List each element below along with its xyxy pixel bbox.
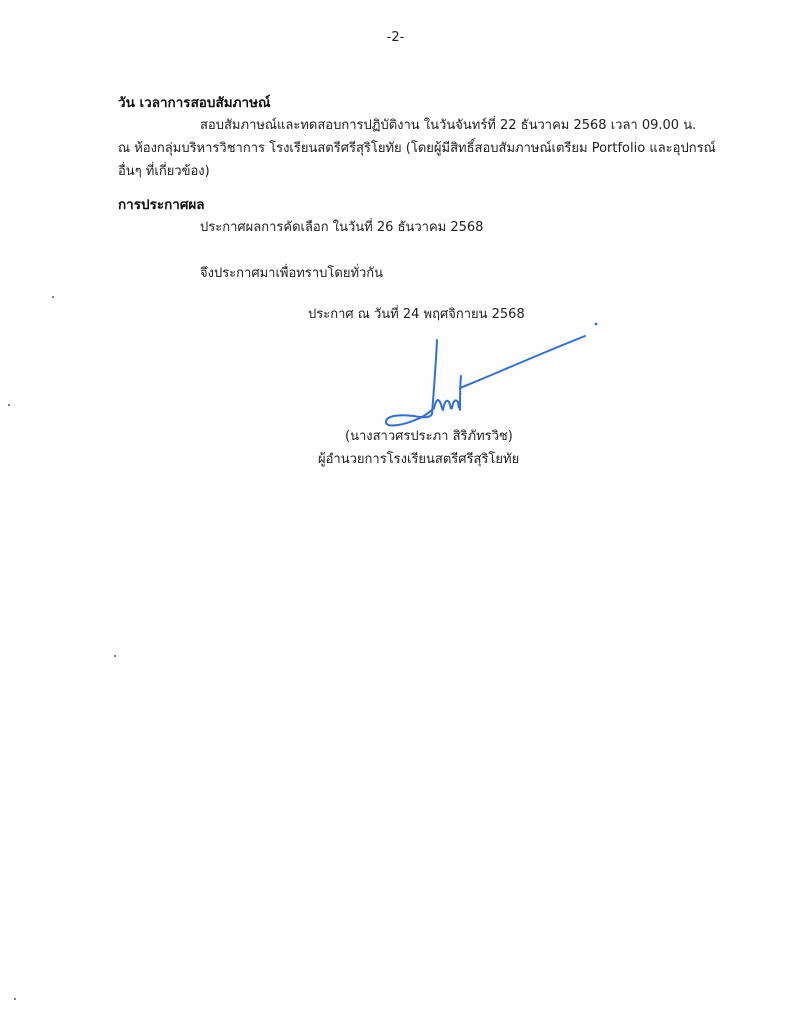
signatory-name: (นางสาวศรประภา สิริภัทรวิช) xyxy=(345,425,513,446)
results-announcement-line: ประกาศผลการคัดเลือก ในวันที่ 26 ธันวาคม … xyxy=(200,216,483,237)
closing-statement: จึงประกาศมาเพื่อทราบโดยทั่วกัน xyxy=(200,262,383,283)
interview-detail-line-2: ณ ห้องกลุ่มบริหารวิชาการ โรงเรียนสตรีศรี… xyxy=(118,137,716,158)
scan-speck xyxy=(114,655,116,657)
section-heading-results: การประกาศผล xyxy=(118,193,205,215)
scan-speck xyxy=(14,998,16,1000)
interview-detail-line-3: อื่นๆ ที่เกี่ยวข้อง) xyxy=(118,160,210,181)
scan-speck xyxy=(8,404,10,406)
section-heading-interview-schedule: วัน เวลาการสอบสัมภาษณ์ xyxy=(118,91,271,113)
interview-detail-line-1: สอบสัมภาษณ์และทดสอบการปฏิบัติงาน ในวันจั… xyxy=(200,114,696,135)
signatory-position: ผู้อำนวยการโรงเรียนสตรีศรีสุริโยทัย xyxy=(318,448,519,469)
scan-speck xyxy=(52,296,54,298)
page-number: -2- xyxy=(0,30,791,45)
signature-image xyxy=(380,318,620,430)
document-page: -2- วัน เวลาการสอบสัมภาษณ์ สอบสัมภาษณ์แล… xyxy=(0,0,791,1024)
